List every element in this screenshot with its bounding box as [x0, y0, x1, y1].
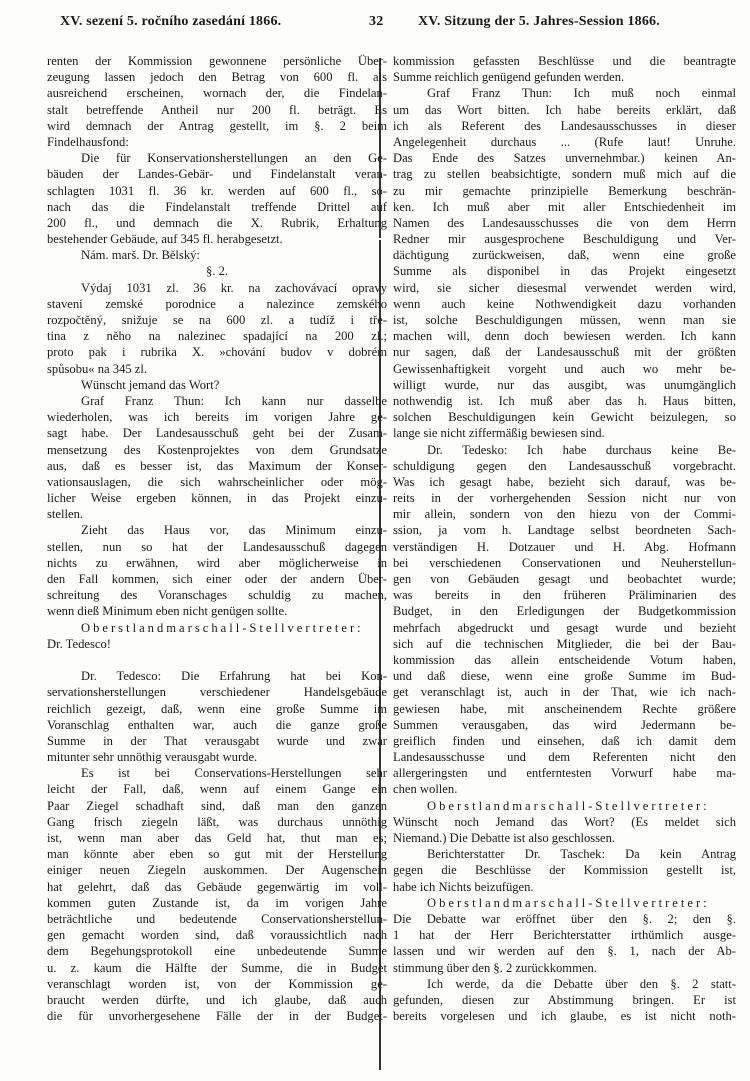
text-line: stellen. — [47, 506, 387, 522]
text-line: gen von Gebäuden gesagt und beobachtet w… — [393, 571, 736, 587]
text-line: mir allein, sondern von den hiezu von de… — [393, 506, 736, 522]
text-line: habe ich Nichts beizufügen. — [393, 879, 736, 895]
text-line: verständigen H. Dotzauer und H. Abg. Hof… — [393, 539, 736, 555]
text-line: get veranschlagt ist, auch in der That, … — [393, 684, 736, 700]
text-line: stavení zemské porodnice a nalezince zem… — [47, 296, 387, 312]
text-line: Wünscht noch Jemand das Wort? (Es meldet… — [393, 814, 736, 830]
text-line: nothwendig ist. Ich muß aber das h. Haus… — [393, 393, 736, 409]
text-line: die für unvorhergesehene Fälle der in de… — [47, 1008, 387, 1024]
text-line: Graf Franz Thun: Ich muß noch einmal — [393, 85, 736, 101]
text-line: ssion, ja vom h. Landtage selbst beordne… — [393, 522, 736, 538]
text-line: ausreichend erscheinen, wornach der, die… — [47, 85, 387, 101]
text-line: Budget, in den Erledigungen der Budgetko… — [393, 603, 736, 619]
text-line: was bereits in den früheren Präliminarie… — [393, 587, 736, 603]
text-line: gewiesen habe, mit anscheinendem Rechte … — [393, 701, 736, 717]
text-line: sich auf die technischen Mitglieder, die… — [393, 636, 736, 652]
text-line: wenn auch keine Nothwendigkeit dazu vorh… — [393, 296, 736, 312]
text-line: wiederholen, was ich bereits im vorigen … — [47, 409, 387, 425]
text-line: Redner mir ausgesprochene Beschuldigung … — [393, 231, 736, 247]
text-line: ist, wenn man aber das Geld hat, thut ma… — [47, 830, 387, 846]
text-line: Gang frisch ziegeln läßt, was durchaus u… — [47, 814, 387, 830]
text-line: servationsherstellungen verschiedener Ha… — [47, 684, 387, 700]
page-header: XV. sezení 5. ročního zasedání 1866. 32 … — [60, 14, 720, 36]
text-line: §. 2. — [47, 263, 387, 279]
text-line: Die für Konservationsherstellungen an de… — [47, 150, 387, 166]
text-line: Oberstlandmarschall-Stellvertreter: — [47, 620, 387, 636]
text-line: mensetzung des Kostenprojektes von dem G… — [47, 442, 387, 458]
text-line: Niemand.) Die Debatte ist also geschloss… — [393, 830, 736, 846]
text-line: u. z. kaum die Hälfte der Summe, die in … — [47, 960, 387, 976]
text-line: kommen guten Zustande ist, da im vorigen… — [47, 895, 387, 911]
text-line: reits in der vorhergehenden Session nich… — [393, 490, 736, 506]
text-line: ich als Referent des Landesausschusses i… — [393, 118, 736, 134]
text-line: rozpočtěný, snižuje se na 600 zl. a tudí… — [47, 312, 387, 328]
text-line: Es ist bei Conservations-Herstellungen s… — [47, 765, 387, 781]
text-line: Was ich gesagt habe, bezieht sich darauf… — [393, 474, 736, 490]
text-line: aus, daß es besser ist, das Maximum der … — [47, 458, 387, 474]
text-line: Dr. Tedesco! — [47, 636, 387, 652]
text-line: zu mir gemachte prinzipielle Bemerkung b… — [393, 183, 736, 199]
text-line: 200 fl., und demnach die X. Rubrik, Erha… — [47, 215, 387, 231]
text-line: Summen verausgaben, das wird Jedermann b… — [393, 717, 736, 733]
text-line: ist, solche Beschuldigungen müssen, wenn… — [393, 312, 736, 328]
text-line: lassen und wir werden auf den §. 1, nach… — [393, 943, 736, 959]
text-line: den Fall kommen, sich einer oder der and… — [47, 571, 387, 587]
text-line: Zieht das Haus vor, das Minimum einzu- — [47, 522, 387, 538]
text-line: chen wollen. — [393, 781, 736, 797]
left-column: renten der Kommission gewonnene persönli… — [47, 53, 387, 1024]
text-line: Oberstlandmarschall-Stellvertreter: — [393, 895, 736, 911]
text-line: Berichterstatter Dr. Taschek: Da kein An… — [393, 846, 736, 862]
text-line: und daß diese, wenn eine große Summe im … — [393, 668, 736, 684]
text-line: Gewissenhaftigkeit vorgeht und auch wo m… — [393, 361, 736, 377]
text-line: schlagten 1031 fl. 36 kr. werden auf 600… — [47, 183, 387, 199]
text-line: Findelhausfond: — [47, 134, 387, 150]
text-line: wird, sie sicher diesesmal verwendet wer… — [393, 280, 736, 296]
text-line: licher Weise ergeben können, in das Proj… — [47, 490, 387, 506]
text-line: zeugung lassen jedoch den Betrag von 600… — [47, 69, 387, 85]
text-line: trag zu stellen beabsichtigte, sondern m… — [393, 166, 736, 182]
text-line: Voranschlag enthalten war, auch die ganz… — [47, 717, 387, 733]
text-line: kommission das allein entscheidende Votu… — [393, 652, 736, 668]
text-line: stalt betreffende Antheil nur 200 fl. be… — [47, 102, 387, 118]
text-line: Výdaj 1031 zl. 36 kr. na zachovávací opr… — [47, 280, 387, 296]
page-number: 32 — [369, 14, 383, 30]
text-line: Dr. Tedesco: Die Erfahrung hat bei Kon- — [47, 668, 387, 684]
text-line: stellen, nun so hat der Landesausschuß d… — [47, 539, 387, 555]
text-line: gen gemacht worden sind, daß voraussicht… — [47, 927, 387, 943]
text-line: renten der Kommission gewonnene persönli… — [47, 53, 387, 69]
text-line: wird demnach der Antrag gestellt, im §. … — [47, 118, 387, 134]
text-line: man könnte aber eben so gut mit der Hers… — [47, 846, 387, 862]
text-line: Summe als disponibel in das Projekt eing… — [393, 263, 736, 279]
text-line: machen will, denn doch bewiesen werden. … — [393, 328, 736, 344]
text-line: Das Ende des Satzes unvernehmbar.) keine… — [393, 150, 736, 166]
text-line: beträchtliche und bedeutende Conservatio… — [47, 911, 387, 927]
text-line: bäuden der Landes-Gebär- und Findelansta… — [47, 166, 387, 182]
text-line: proto pak i rubrika X. »chování budov v … — [47, 344, 387, 360]
text-line: braucht werden dürfte, und ich glaube, d… — [47, 992, 387, 1008]
right-column: kommission gefassten Beschlüsse und die … — [393, 53, 736, 1024]
text-line: wenn dieß Minimum eben nicht genügen sol… — [47, 603, 387, 619]
text-line: vationsauslagen, die sich wahrscheinlich… — [47, 474, 387, 490]
text-line: lange sie nicht ziffermäßig bewiesen sin… — [393, 425, 736, 441]
text-line: willigt wurde, nur das ausgibt, was unum… — [393, 377, 736, 393]
header-czech-title: XV. sezení 5. ročního zasedání 1866. — [60, 14, 281, 30]
text-line: solchen Beschuldigungen kein Gewicht bei… — [393, 409, 736, 425]
text-line: stimmung über den §. 2 zurückkommen. — [393, 960, 736, 976]
text-line: schuldigung gegen den Landesausschuß vor… — [393, 458, 736, 474]
text-line: nichts zu erwähnen, wird aber möglicherw… — [47, 555, 387, 571]
text-line: Die Debatte war eröffnet über den §. 2; … — [393, 911, 736, 927]
document-page: XV. sezení 5. ročního zasedání 1866. 32 … — [0, 0, 750, 1081]
text-line: reichlich gezeigt, daß, wenn eine große … — [47, 701, 387, 717]
text-line: kommission gefassten Beschlüsse und die … — [393, 53, 736, 69]
text-line: Oberstlandmarschall-Stellvertreter: — [393, 798, 736, 814]
text-line: um das Wort bitten. Ich habe bereits erk… — [393, 102, 736, 118]
text-line: tina z něho na nalezinec spadající na 20… — [47, 328, 387, 344]
text-line: mitunter sehr unnöthig verausgabt wurde. — [47, 749, 387, 765]
text-line: leicht der Fall, daß, wenn auf einem Gan… — [47, 781, 387, 797]
text-line: einiger neuen Ziegeln auskommen. Der Aug… — [47, 862, 387, 878]
text-line: Dr. Tedesko: Ich habe durchaus keine Be- — [393, 442, 736, 458]
text-line: Paar Ziegel schadhaft sind, daß man den … — [47, 798, 387, 814]
text-line: schreitung des Voranschages schuldig zu … — [47, 587, 387, 603]
text-line: nur sagen, daß der Landesausschuß mit de… — [393, 344, 736, 360]
text-line: Summe in der That verausgabt wurde und z… — [47, 733, 387, 749]
text-line: Graf Franz Thun: Ich kann nur dasselbe — [47, 393, 387, 409]
text-line: Summe reichlich genügend gefunden werden… — [393, 69, 736, 85]
text-line: bestehender Gebäude, auf 345 fl. herabge… — [47, 231, 387, 247]
text-line: nach das die Findelanstalt treffende Dri… — [47, 199, 387, 215]
text-line: dem Begehungsprotokoll eine unbedeutende… — [47, 943, 387, 959]
text-line: dächtigung zurückweisen, daß, wenn eine … — [393, 247, 736, 263]
text-line: sagt habe. Der Landesausschuß geht bei d… — [47, 425, 387, 441]
text-line: hat gelehrt, daß das Gebäude gegenwärtig… — [47, 879, 387, 895]
text-line: allergeringsten und entferntesten Vorwur… — [393, 765, 736, 781]
text-line: Angelegenheit durchaus ... (Rufe laut! U… — [393, 134, 736, 150]
text-line: veranschlagt worden ist, von der Kommiss… — [47, 976, 387, 992]
text-line: mehrfach abgedruckt und gesagt wurde und… — [393, 620, 736, 636]
text-line: 1 hat der Herr Berichterstatter irthümli… — [393, 927, 736, 943]
text-line: ken. Ich muß aber mit aller Entschiedenh… — [393, 199, 736, 215]
text-line: Namen des Landesausschusses die von dem … — [393, 215, 736, 231]
text-line: greiflich finden und einsehen, daß ich d… — [393, 733, 736, 749]
text-line: bei verschiedenen Conservationen und Neu… — [393, 555, 736, 571]
text-line: Nám. marš. Dr. Bělský: — [47, 247, 387, 263]
text-line: gefunden, diesen zur Abstimmung bringen.… — [393, 992, 736, 1008]
text-line: Landesausschusse und dem Referenten nich… — [393, 749, 736, 765]
text-line: Wünscht jemand das Wort? — [47, 377, 387, 393]
text-line: bereits vorgelesen und ich glaube, es is… — [393, 1008, 736, 1024]
text-line: spůsobu« na 345 zl. — [47, 361, 387, 377]
text-line: gegen die Beschlüsse der Kommission gest… — [393, 862, 736, 878]
text-line — [47, 652, 387, 668]
text-line: Ich werde, da die Debatte über den §. 2 … — [393, 976, 736, 992]
header-german-title: XV. Sitzung der 5. Jahres-Session 1866. — [418, 14, 660, 30]
